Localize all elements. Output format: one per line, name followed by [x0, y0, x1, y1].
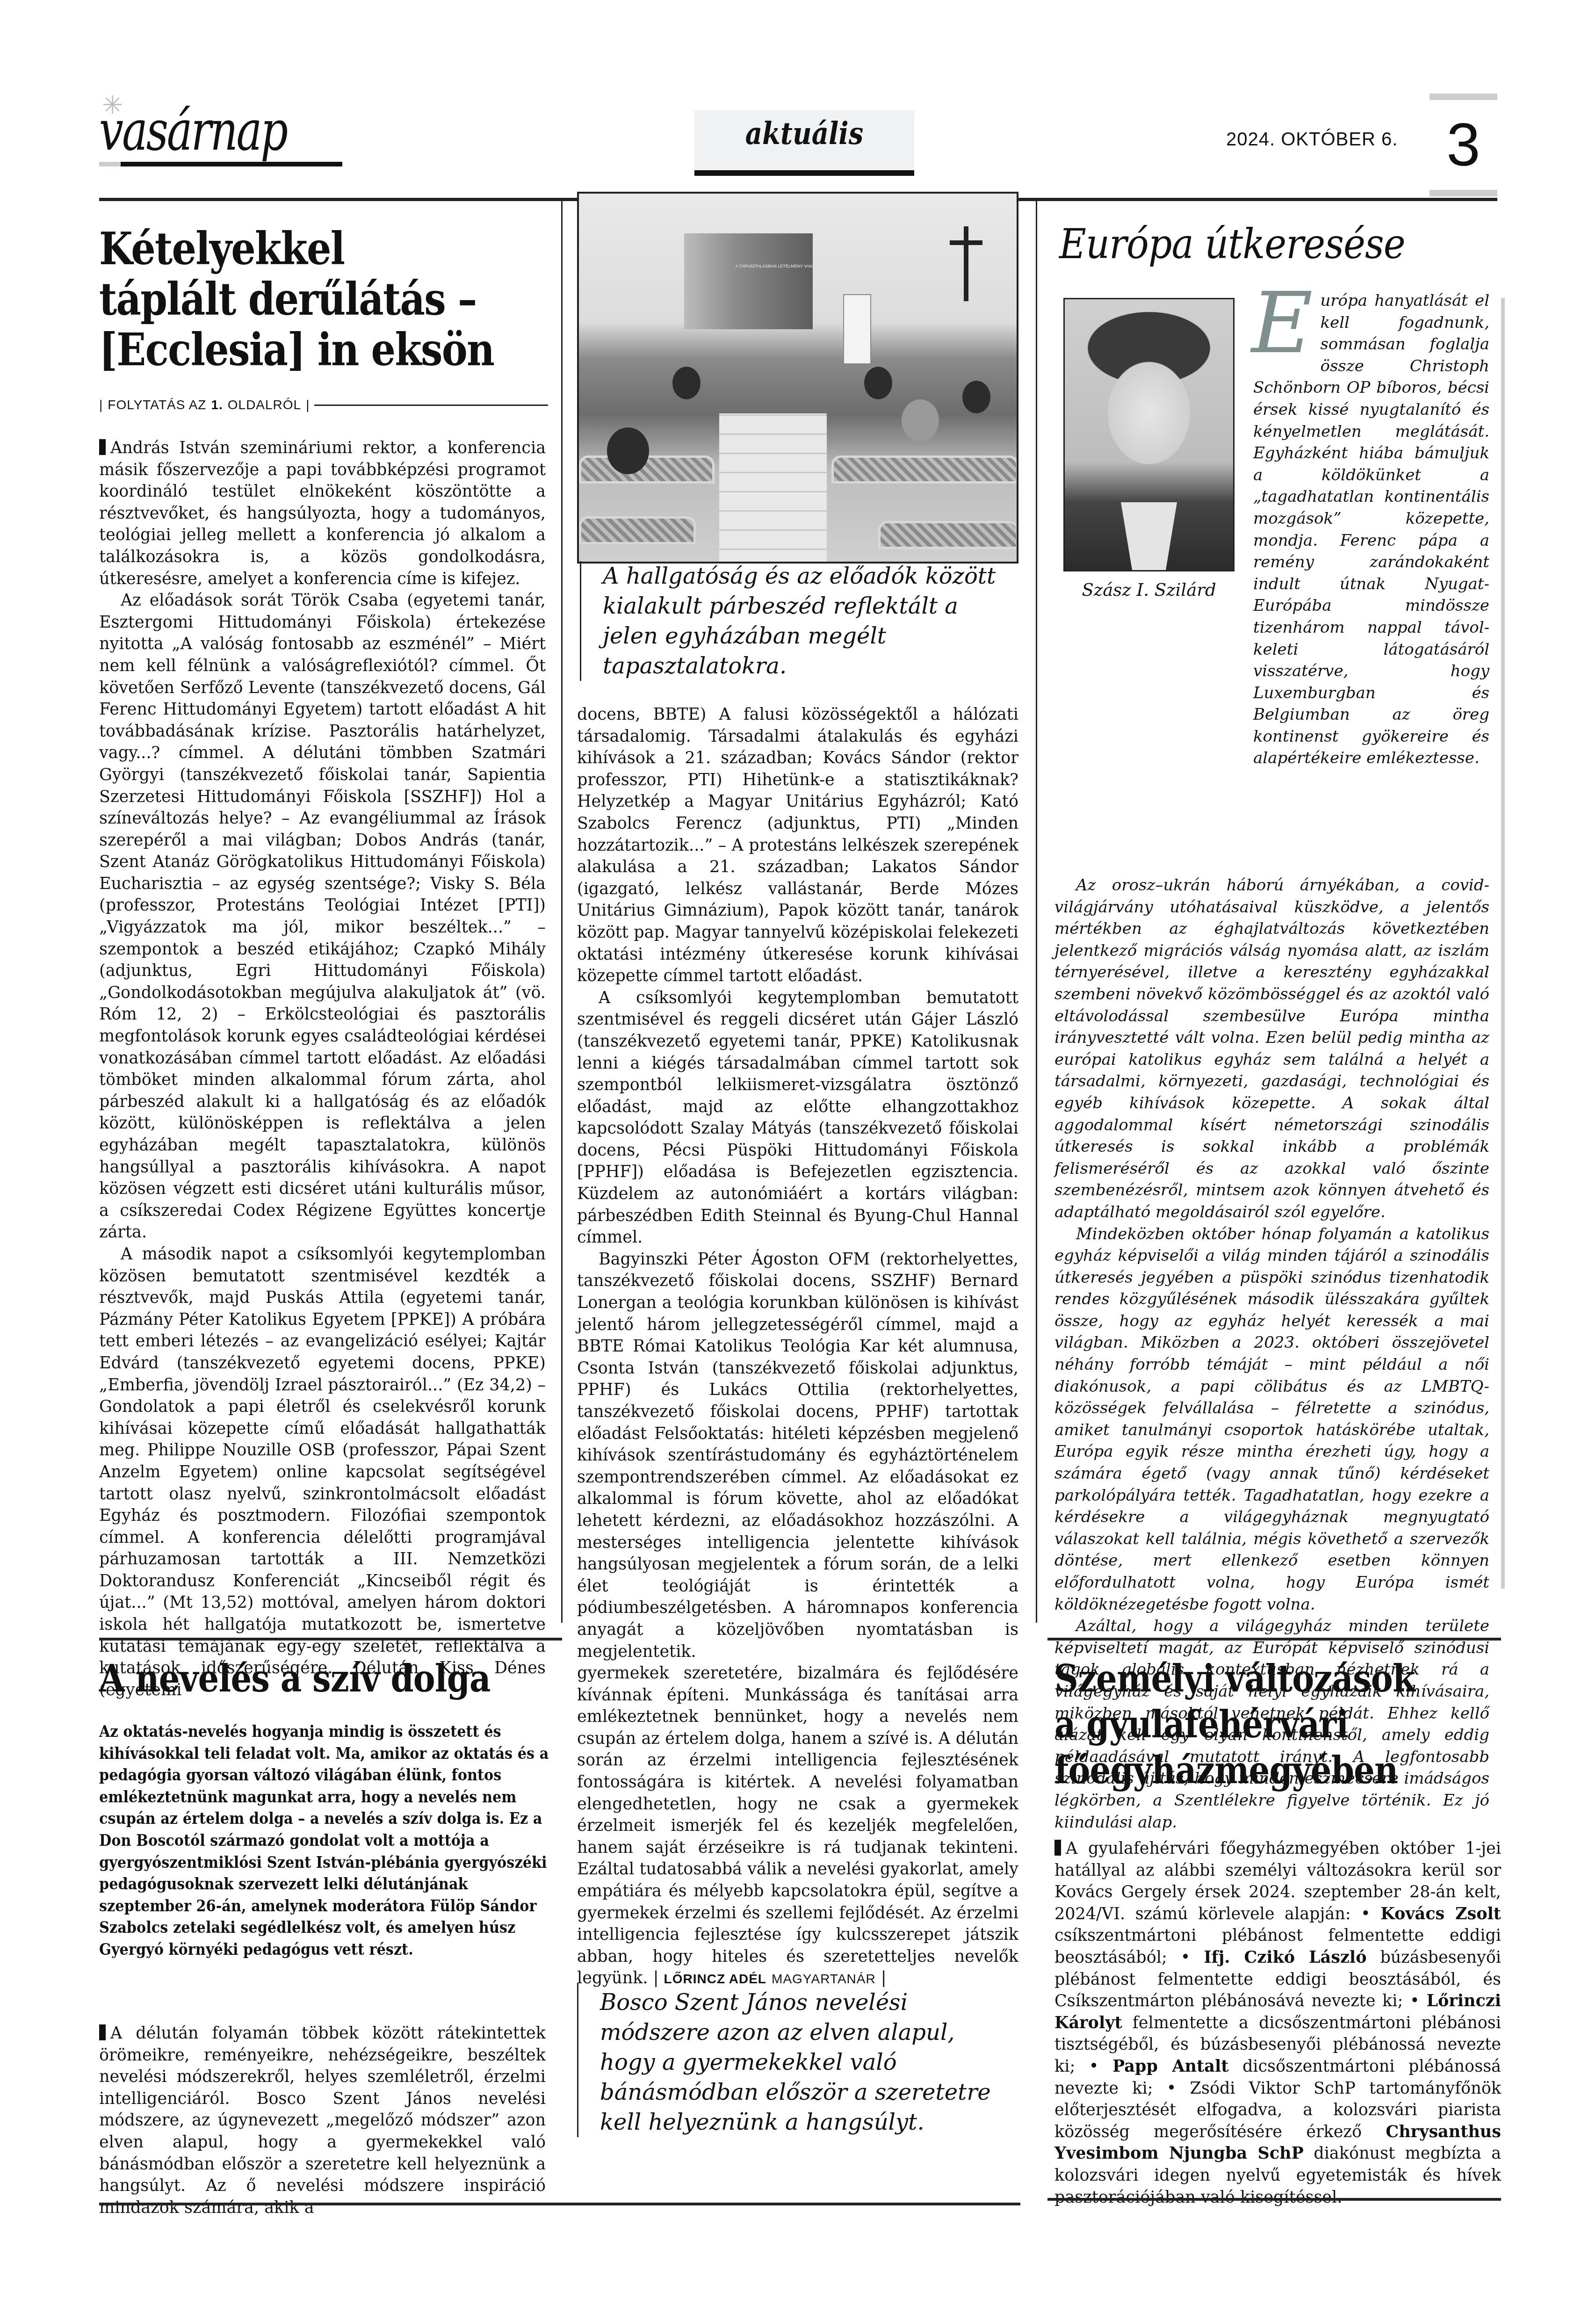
pull-quote: A hallgatóság és az előadók között kiala…: [580, 561, 996, 681]
audience-head: [672, 367, 701, 399]
paragraph: Bagyinszki Péter Ágoston OFM (rektorhely…: [577, 1249, 1018, 1662]
newspaper-logo[interactable]: vasárnap: [99, 98, 287, 163]
continuation-page[interactable]: 1.: [211, 398, 223, 412]
drop-cap: E: [1251, 291, 1313, 356]
paragraph: gyermekek szeretetére, bizalmára és fejl…: [577, 1662, 1018, 1990]
paragraph: A csíksomlyói kegytemplomban bemutatott …: [577, 987, 1018, 1249]
paragraph: Az orosz–ukrán háború árnyékában, a covi…: [1054, 875, 1489, 1223]
column-divider: [561, 201, 563, 1623]
column-divider: [1036, 201, 1037, 1623]
paragraph-marker-icon: [99, 2024, 106, 2040]
headline-line: Személyi változások: [1054, 1655, 1466, 1701]
article-body-col2: docens, BBTE) A falusi közösségektől a h…: [577, 704, 1018, 1662]
screen-text: A TAPASZTALÁSBAN LÉTÉLMÉNY VAN: [736, 264, 812, 268]
paragraph: A második napot a csíksomlyói kegytemplo…: [99, 1243, 546, 1701]
author-caption: Szász I. Szilárd: [1063, 580, 1235, 600]
person-name: Kovács Zsolt: [1380, 1904, 1501, 1923]
crucifix-bar: [950, 240, 982, 245]
headline-line: [Ecclesia] in eksön: [99, 325, 582, 375]
projection-screen: [684, 233, 813, 329]
paragraph: A délután folyamán többek között rátekin…: [99, 2023, 546, 2219]
section-divider: [99, 1638, 562, 1641]
masthead: ✳ vasárnap aktuális 2024. OKTÓBER 6. 3: [99, 94, 1497, 196]
paragraph: Az előadások sorát Török Csaba (egyetemi…: [99, 590, 546, 1243]
author-portrait: [1063, 298, 1235, 571]
audience-head: [962, 381, 990, 413]
pull-quote: Bosco Szent János nevelési módszere azon…: [577, 1983, 1017, 2137]
section-label: aktuális: [711, 115, 898, 152]
issue-date: 2024. OKTÓBER 6.: [1226, 129, 1398, 150]
article-body: A gyulafehérvári főegyházmegyében októbe…: [1054, 1838, 1501, 2208]
audience-head: [864, 367, 892, 399]
article-lead: Az oktatás-nevelés hogyanja mindig is ös…: [99, 1721, 564, 1961]
section-divider: [1047, 1638, 1501, 1641]
paragraph-marker-icon: [99, 439, 106, 455]
article-headline: A nevelés a szív dolga: [99, 1655, 637, 1701]
article-headline: Kételyekkel táplált derűlátás – [Ecclesi…: [99, 224, 660, 375]
article-body-col1: A délután folyamán többek között rátekin…: [99, 2023, 546, 2219]
podium: [843, 294, 871, 364]
tiled-aisle: [719, 413, 827, 564]
separator: |: [99, 398, 103, 412]
article-body-col1: András István szemináriumi rektor, a kon…: [99, 437, 546, 1701]
chair-row: [831, 455, 1018, 484]
continuation-prefix: FOLYTATÁS AZ: [108, 398, 206, 412]
crucifix-icon: [964, 226, 968, 301]
opinion-title: Európa útkeresése: [1059, 220, 1405, 268]
continuation-line: | FOLYTATÁS AZ 1. OLDALRÓL |: [99, 398, 548, 412]
page-number: 3: [1430, 94, 1497, 196]
audience-head: [607, 427, 649, 474]
headline-line: táplált derűlátás –: [99, 274, 582, 325]
headline-line: Kételyekkel: [99, 224, 582, 274]
article-headline: Személyi változások a gyulafehérvári főe…: [1054, 1655, 1522, 1793]
chair-row: [878, 521, 1018, 549]
separator: |: [306, 398, 310, 412]
conference-photo[interactable]: A TAPASZTALÁSBAN LÉTÉLMÉNY VAN: [577, 192, 1018, 564]
paragraph: András István szemináriumi rektor, a kon…: [99, 437, 546, 590]
page-bottom-rule: [1047, 2198, 1501, 2201]
page-bottom-rule: [99, 2203, 1020, 2205]
headline-line: A nevelés a szív dolga: [99, 1655, 572, 1701]
paragraph: docens, BBTE) A falusi közösségektől a h…: [577, 704, 1018, 987]
paragraph: A gyulafehérvári főegyházmegyében októbe…: [1054, 1838, 1501, 2208]
chair-row: [579, 516, 696, 544]
audience-head: [902, 399, 939, 441]
headline-line: a gyulafehérvári: [1054, 1701, 1466, 1747]
section-tab[interactable]: aktuális: [694, 110, 914, 176]
paragraph-marker-icon: [1054, 1840, 1061, 1856]
person-name: Papp Antalt: [1112, 2057, 1228, 2076]
opinion-intro: E urópa hanyatlását el kell fogadnunk, s…: [1253, 290, 1489, 769]
person-name: Ifj. Czikó László: [1204, 1948, 1366, 1967]
paragraph: Mindeközben október hónap folyamán a kat…: [1054, 1223, 1489, 1616]
continuation-rule: [314, 405, 548, 406]
sidebar-accent: [1501, 298, 1505, 1589]
portrait-shirt: [1121, 502, 1177, 570]
continuation-suffix: OLDALRÓL: [228, 398, 301, 412]
headline-line: főegyházmegyében: [1054, 1747, 1466, 1793]
logo-underline: [99, 162, 342, 166]
article-body-col2: gyermekek szeretetére, bizalmára és fejl…: [577, 1662, 1018, 1990]
